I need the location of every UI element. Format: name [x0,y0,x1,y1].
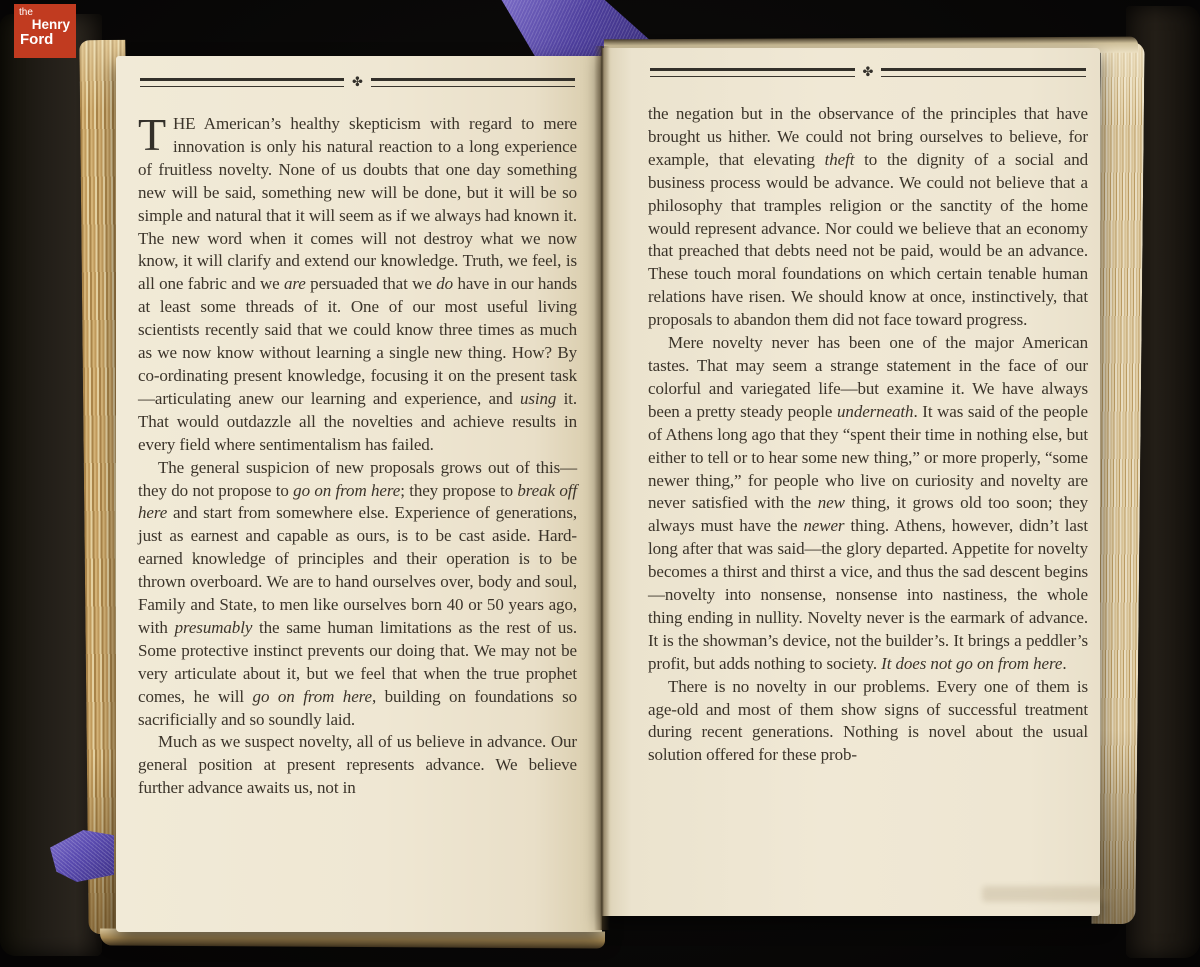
headpiece-rule [881,68,1086,77]
body-text: There is no novelty in our problems. Eve… [648,677,1088,765]
photo-background: the Henry Ford ✤ THE American’s healthy … [0,0,1200,967]
henry-ford-logo: the Henry Ford [14,4,76,58]
headpiece-rule [140,78,344,87]
logo-ford: Ford [20,32,71,47]
paragraph: The general suspicion of new proposals g… [138,457,577,732]
dropcap: T [138,113,173,153]
headpiece-left: ✤ [140,76,575,89]
body-text: to the dignity of a social and business … [648,150,1088,329]
italic-text: It does not go on from here [881,654,1062,673]
body-text: HE American’s healthy skepticism with re… [138,114,577,293]
fleuron-icon: ✤ [863,66,874,79]
italic-text: newer [803,516,844,535]
body-text: Much as we suspect novelty, all of us be… [138,732,577,797]
body-text: thing. Athens, however, didn’t last long… [648,516,1088,672]
headpiece-rule [650,68,855,77]
left-page: ✤ THE American’s healthy skepticism with… [116,56,602,932]
left-page-text: THE American’s healthy skepticism with r… [138,113,577,800]
body-text: have in our hands at least some threads … [138,274,577,408]
logo-henry: Henry [19,18,71,32]
italic-text: go on from here [253,687,372,706]
italic-text: are [284,274,306,293]
paragraph: There is no novelty in our problems. Eve… [648,676,1088,768]
paragraph: the negation but in the observance of th… [648,103,1088,332]
italic-text: do [436,274,453,293]
headpiece-right: ✤ [650,66,1086,79]
paragraph: THE American’s healthy skepticism with r… [138,113,577,457]
italic-text: underneath [837,402,913,421]
right-page: ✤ the negation but in the observance of … [602,48,1100,916]
italic-text: presumably [175,618,253,637]
italic-text: go on from here [293,481,400,500]
italic-text: theft [825,150,855,169]
paragraph: Much as we suspect novelty, all of us be… [138,731,577,800]
paragraph: Mere novelty never has been one of the m… [648,332,1088,676]
body-text: persuaded that we [306,274,436,293]
right-page-text: the negation but in the observance of th… [648,103,1088,767]
italic-text: using [520,389,556,408]
body-text: and start from somewhere else. Experienc… [138,503,577,637]
body-text: ; they propose to [400,481,517,500]
italic-text: new [818,493,845,512]
headpiece-rule [371,78,575,87]
fleuron-icon: ✤ [352,76,363,89]
body-text: . [1062,654,1066,673]
ink-showthrough [982,886,1114,902]
